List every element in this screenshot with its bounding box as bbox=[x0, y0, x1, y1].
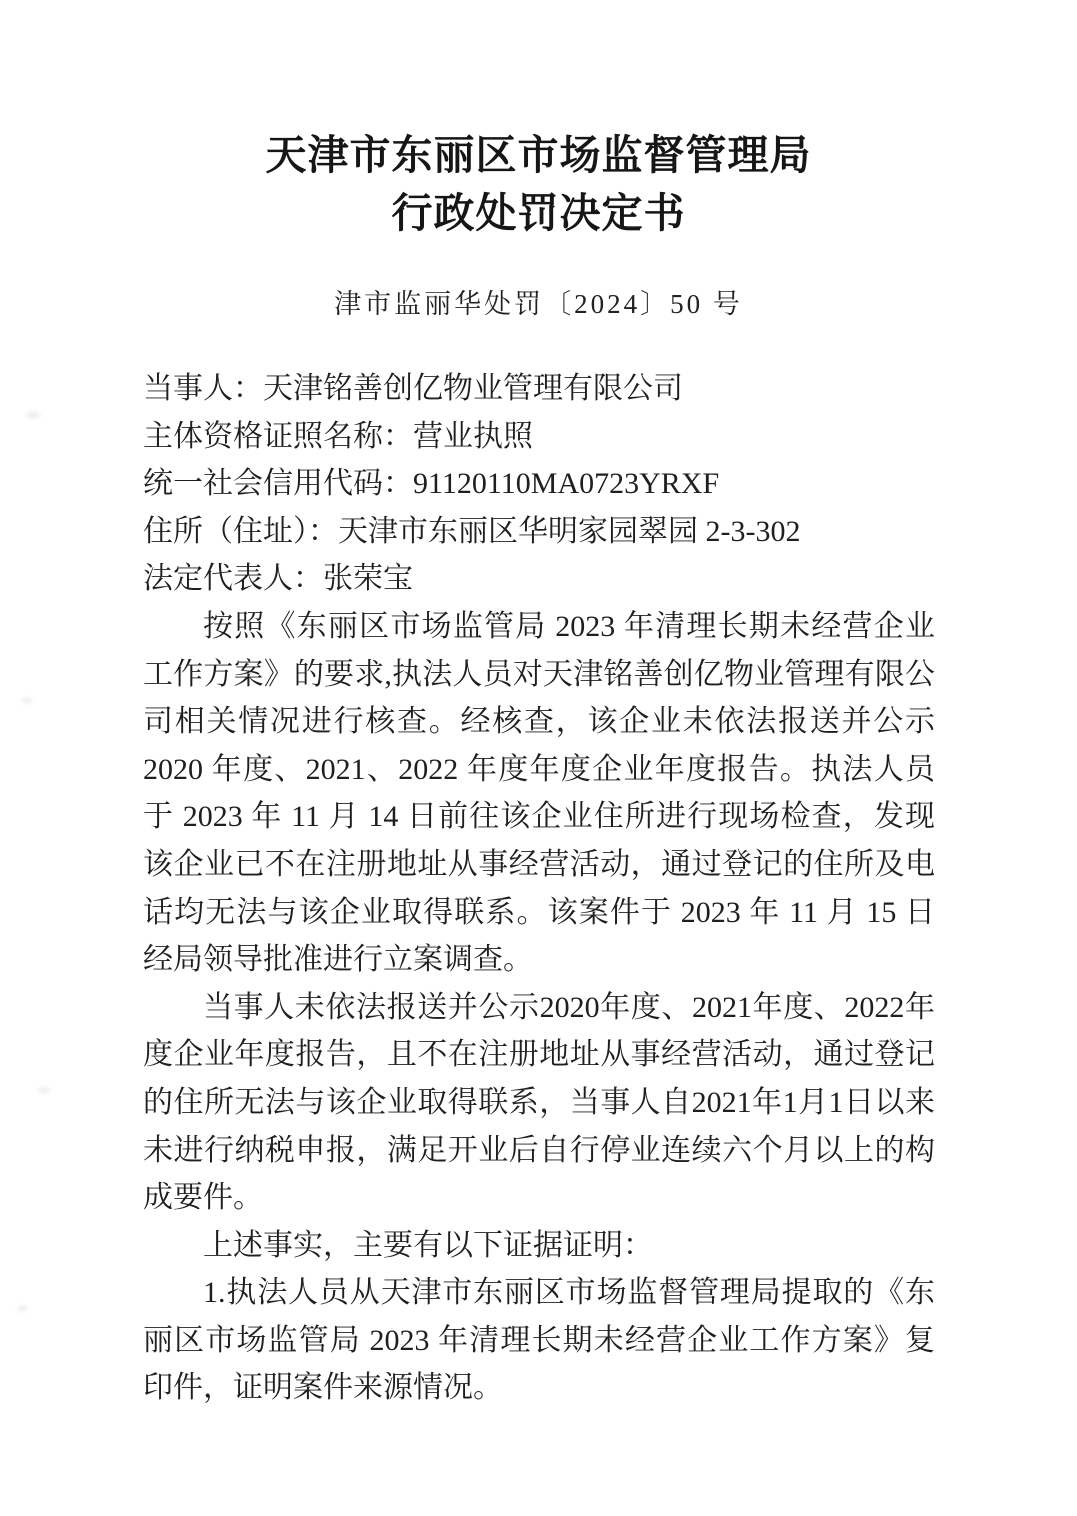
document-title: 天津市东丽区市场监督管理局 行政处罚决定书 bbox=[0, 0, 1077, 242]
paragraph: 法定代表人：张荣宝 bbox=[143, 555, 935, 603]
scan-artifact bbox=[22, 698, 32, 703]
scanned-document-page: 天津市东丽区市场监督管理局 行政处罚决定书 津市监丽华处罚〔2024〕50 号 … bbox=[0, 0, 1077, 1516]
paragraph: 当事人未依法报送并公示2020年度、2021年度、2022年度企业年度报告，且不… bbox=[143, 984, 935, 1222]
scan-artifact bbox=[38, 1088, 50, 1093]
paragraph: 住所（住址）：天津市东丽区华明家园翠园 2-3-302 bbox=[143, 508, 935, 556]
document-number: 津市监丽华处罚〔2024〕50 号 bbox=[0, 282, 1077, 321]
paragraph: 主体资格证照名称：营业执照 bbox=[143, 413, 935, 461]
paragraph: 1.执法人员从天津市东丽区市场监督管理局提取的《东丽区市场监管局 2023 年清… bbox=[143, 1269, 935, 1412]
scan-artifact bbox=[26, 412, 40, 418]
paragraph: 统一社会信用代码：91120110MA0723YRXF bbox=[143, 460, 935, 508]
document-body: 当事人：天津铭善创亿物业管理有限公司主体资格证照名称：营业执照统一社会信用代码：… bbox=[143, 365, 935, 1412]
paragraph: 按照《东丽区市场监管局 2023 年清理长期未经营企业工作方案》的要求,执法人员… bbox=[143, 603, 935, 984]
document-title-line1: 天津市东丽区市场监督管理局 bbox=[0, 126, 1077, 184]
paragraph: 当事人：天津铭善创亿物业管理有限公司 bbox=[143, 365, 935, 413]
document-title-line2: 行政处罚决定书 bbox=[0, 184, 1077, 242]
paragraph: 上述事实，主要有以下证据证明： bbox=[143, 1222, 935, 1270]
scan-artifact bbox=[18, 1306, 27, 1311]
